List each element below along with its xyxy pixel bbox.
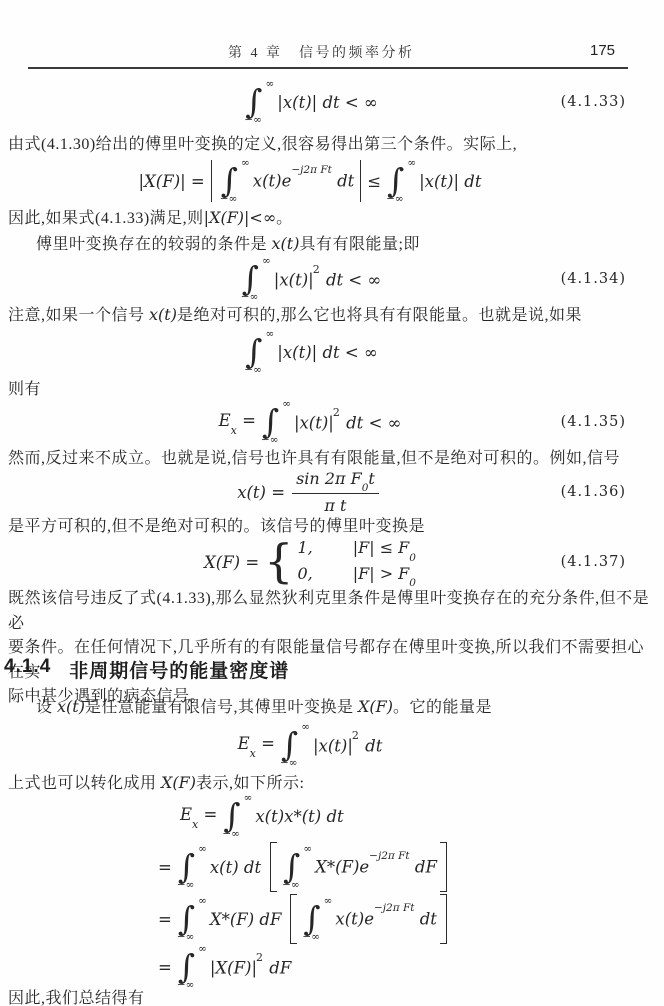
- equation-fragment: x(t) dt: [210, 858, 261, 877]
- equation-energy-def: Ex = ∫∞−∞ |x(t)|2 dt: [0, 722, 664, 768]
- section-heading: 4.1.4 非周期信号的能量密度谱: [4, 656, 289, 683]
- equation-number: (4.1.37): [561, 554, 626, 570]
- equation-body: |X(F)|2 dF: [210, 957, 291, 978]
- inline-math: x(t): [57, 697, 85, 716]
- left-bracket: [270, 842, 277, 892]
- textbook-page: 第 4 章 信号的频率分析 175 ∫∞−∞ |x(t)| dt < ∞ (4.…: [0, 0, 664, 1006]
- equation-lhs: X(F) =: [204, 553, 259, 572]
- equation-fragment: x(t)e−j2π Ft dt: [253, 171, 355, 191]
- integral-sign: ∫∞−∞: [300, 896, 332, 942]
- equation-body: |x(t)| dt < ∞: [277, 93, 377, 112]
- equation-fragment: X*(F)e−j2π Ft dF: [315, 857, 437, 877]
- fraction: sin 2π F0t π t: [292, 469, 379, 515]
- integral-sign: ∫∞−∞: [239, 256, 271, 302]
- paragraph: 因此,我们总结得有: [8, 988, 658, 1006]
- paragraph: 傅里叶变换存在的较弱的条件是 x(t)具有有限能量;即: [8, 233, 664, 256]
- paragraph: 由式(4.1.30)给出的傅里叶变换的定义,很容易得出第三个条件。实际上,: [8, 134, 658, 156]
- left-bracket: [290, 894, 297, 944]
- case-condition: |F| ≤ F0: [353, 538, 416, 560]
- derivation-line-1: Ex = ∫∞−∞ x(t)x*(t) dt: [0, 793, 664, 839]
- integral-sign: ∫∞−∞: [175, 844, 207, 890]
- equation-fragment: x(t)e−j2π Ft dt: [335, 909, 437, 929]
- equals-sign: =: [158, 958, 172, 977]
- right-bracket: [440, 842, 447, 892]
- paragraph: 上式也可以转化成用 X(F)表示,如下所示:: [8, 772, 658, 795]
- equation-body: |x(t)|2 dt: [313, 735, 382, 756]
- chapter-header: 第 4 章 信号的频率分析: [228, 42, 415, 62]
- header-rule: [28, 67, 628, 69]
- equation-lhs: x(t) =: [237, 483, 285, 502]
- integral-sign: ∫∞−∞: [242, 79, 274, 125]
- equation-number: (4.1.33): [561, 94, 626, 110]
- inline-math: X(F): [358, 697, 393, 716]
- derivation-line-3: = ∫∞−∞ X*(F) dF ∫∞−∞ x(t)e−j2π Ft dt: [0, 893, 664, 945]
- equation-xf-bound: |X(F)| = ∫∞−∞ x(t)e−j2π Ft dt ≤ ∫∞−∞ |x(…: [0, 158, 664, 204]
- equation-4-1-33: ∫∞−∞ |x(t)| dt < ∞ (4.1.33): [0, 80, 664, 124]
- equation-4-1-35: Ex = ∫∞−∞ |x(t)|2 dt < ∞ (4.1.35): [0, 399, 664, 445]
- equation-4-1-37: X(F) = { 1, |F| ≤ F0 0, |F| > F0 (4.1.37…: [0, 538, 664, 586]
- integral-sign: ∫∞−∞: [280, 844, 312, 890]
- derivation-line-2: = ∫∞−∞ x(t) dt ∫∞−∞ X*(F)e−j2π Ft dF: [0, 841, 664, 893]
- paragraph: 是平方可积的,但不是绝对可积的。该信号的傅里叶变换是: [8, 516, 658, 538]
- equation-lhs: Ex =: [180, 805, 217, 827]
- abs-bar: [360, 160, 361, 202]
- case-condition: |F| > F0: [353, 564, 416, 586]
- equation-number: (4.1.35): [561, 414, 626, 430]
- equation-fragment: X*(F) dF: [210, 910, 282, 929]
- page-number: 175: [590, 42, 615, 59]
- equation-fragment: |x(t)| dt: [419, 172, 481, 191]
- paragraph: 然而,反过来不成立。也就是说,信号也许具有有限能量,但不是绝对可积的。例如,信号: [8, 448, 658, 470]
- case-value: 1,: [297, 538, 312, 560]
- inline-math: x(t): [272, 234, 300, 253]
- inline-math: x(t): [149, 305, 177, 324]
- integral-sign: ∫∞−∞: [218, 158, 250, 204]
- equation-body: |x(t)| dt < ∞: [277, 343, 377, 362]
- fraction-denominator: π t: [324, 494, 346, 515]
- right-bracket: [440, 894, 447, 944]
- paragraph: 则有: [8, 379, 658, 401]
- abs-bar: [211, 160, 212, 202]
- cases-expression: { 1, |F| ≤ F0 0, |F| > F0: [262, 538, 416, 585]
- integral-sign: ∫∞−∞: [242, 329, 274, 375]
- equals-sign: =: [158, 910, 172, 929]
- integral-sign: ∫∞−∞: [384, 158, 416, 204]
- equation-lhs: Ex =: [238, 734, 275, 756]
- integral-sign: ∫∞−∞: [220, 793, 252, 839]
- relation-symbol: ≤: [367, 172, 381, 191]
- equation-abs-integrable: ∫∞−∞ |x(t)| dt < ∞: [0, 329, 664, 375]
- integral-sign: ∫∞−∞: [259, 399, 291, 445]
- equation-4-1-36: x(t) = sin 2π F0t π t (4.1.36): [0, 468, 664, 516]
- inline-math: |X(F)|<∞: [204, 208, 277, 227]
- paragraph: 既然该信号违反了式(4.1.33),那么显然狄利克里条件是傅里叶变换存在的充分条…: [8, 587, 658, 710]
- equation-body: |x(t)|2 dt < ∞: [294, 412, 401, 433]
- equation-lhs: |X(F)| =: [139, 172, 205, 191]
- inline-math: X(F): [161, 773, 196, 792]
- equation-number: (4.1.36): [561, 484, 626, 500]
- integral-sign: ∫∞−∞: [175, 944, 207, 990]
- equation-4-1-34: ∫∞−∞ |x(t)|2 dt < ∞ (4.1.34): [0, 257, 664, 301]
- brace-symbol: {: [264, 542, 293, 581]
- fraction-numerator: sin 2π F0t: [292, 469, 379, 494]
- integral-sign: ∫∞−∞: [175, 896, 207, 942]
- paragraph: 注意,如果一个信号 x(t)是绝对可积的,那么它也将具有有限能量。也就是说,如果: [8, 304, 658, 327]
- section-title: 非周期信号的能量密度谱: [69, 656, 289, 683]
- equation-lhs: Ex =: [219, 411, 256, 433]
- integral-sign: ∫∞−∞: [278, 722, 310, 768]
- equals-sign: =: [158, 858, 172, 877]
- equation-number: (4.1.34): [561, 271, 626, 287]
- paragraph: 设 x(t)是任意能量有限信号,其傅里叶变换是 X(F)。它的能量是: [8, 696, 664, 719]
- paragraph: 因此,如果式(4.1.33)满足,则|X(F)|<∞。: [8, 207, 658, 230]
- derivation-line-4: = ∫∞−∞ |X(F)|2 dF: [0, 944, 664, 990]
- equation-body: x(t)x*(t) dt: [255, 807, 343, 826]
- section-number: 4.1.4: [4, 656, 51, 683]
- case-value: 0,: [297, 564, 312, 586]
- equation-body: |x(t)|2 dt < ∞: [274, 269, 381, 290]
